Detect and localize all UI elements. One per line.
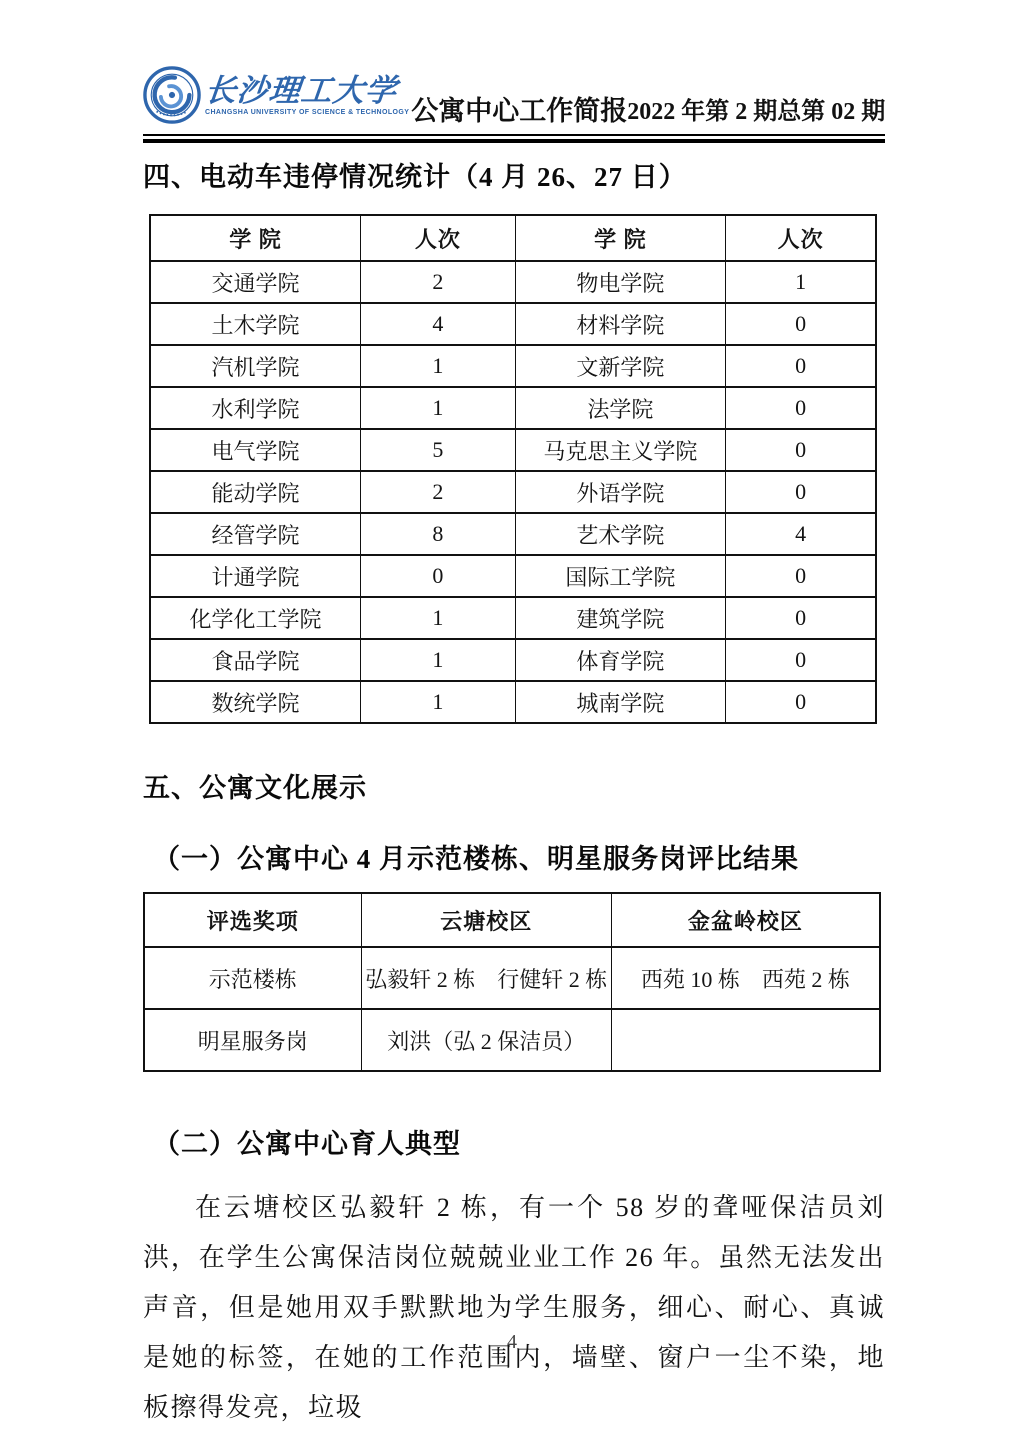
table-cell: 马克思主义学院 bbox=[515, 429, 726, 471]
column-header: 学 院 bbox=[150, 215, 361, 261]
table-row: 电气学院5马克思主义学院0 bbox=[150, 429, 876, 471]
table-cell: 水利学院 bbox=[150, 387, 361, 429]
table-row: 化学化工学院1建筑学院0 bbox=[150, 597, 876, 639]
table-cell: 1 bbox=[361, 387, 516, 429]
column-header: 金盆岭校区 bbox=[611, 893, 880, 947]
table-cell: 交通学院 bbox=[150, 261, 361, 303]
table-cell: 文新学院 bbox=[515, 345, 726, 387]
section5-sub2-title: （二）公寓中心育人典型 bbox=[153, 1122, 885, 1161]
table-cell: 0 bbox=[726, 681, 876, 723]
table-cell: 土木学院 bbox=[150, 303, 361, 345]
table-cell: 汽机学院 bbox=[150, 345, 361, 387]
table-cell: 1 bbox=[361, 681, 516, 723]
column-header: 人次 bbox=[361, 215, 516, 261]
table-cell: 食品学院 bbox=[150, 639, 361, 681]
header-rule bbox=[143, 134, 885, 143]
table-cell: 4 bbox=[361, 303, 516, 345]
table-cell: 能动学院 bbox=[150, 471, 361, 513]
bulletin-title: 公寓中心工作简报 bbox=[411, 89, 627, 128]
table-cell: 电气学院 bbox=[150, 429, 361, 471]
table-cell: 5 bbox=[361, 429, 516, 471]
table-row: 汽机学院1文新学院0 bbox=[150, 345, 876, 387]
table-cell: 0 bbox=[726, 345, 876, 387]
table-cell: 明星服务岗 bbox=[144, 1009, 361, 1071]
university-emblem-icon bbox=[143, 66, 201, 124]
table-cell: 物电学院 bbox=[515, 261, 726, 303]
table-cell: 外语学院 bbox=[515, 471, 726, 513]
issue-info: 2022 年第 2 期总第 02 期 bbox=[627, 91, 885, 126]
table-cell: 建筑学院 bbox=[515, 597, 726, 639]
table-row: 计通学院0国际工学院0 bbox=[150, 555, 876, 597]
section4-title: 四、电动车违停情况统计（4 月 26、27 日） bbox=[143, 155, 885, 194]
table-cell: 材料学院 bbox=[515, 303, 726, 345]
table-cell: 法学院 bbox=[515, 387, 726, 429]
table-cell: 经管学院 bbox=[150, 513, 361, 555]
table-cell: 数统学院 bbox=[150, 681, 361, 723]
table-row: 水利学院1法学院0 bbox=[150, 387, 876, 429]
table-cell: 1 bbox=[726, 261, 876, 303]
table-cell: 2 bbox=[361, 261, 516, 303]
body-paragraph: 在云塘校区弘毅轩 2 栋，有一个 58 岁的聋哑保洁员刘洪，在学生公寓保洁岗位兢… bbox=[143, 1183, 885, 1433]
column-header: 评选奖项 bbox=[144, 893, 361, 947]
violation-stats-table: 学 院人次学 院人次 交通学院2物电学院1土木学院4材料学院0汽机学院1文新学院… bbox=[149, 214, 877, 724]
table-cell: 0 bbox=[361, 555, 516, 597]
table-cell bbox=[611, 1009, 880, 1071]
document-page: 长沙理工大学 CHANGSHA UNIVERSITY OF SCIENCE & … bbox=[143, 0, 885, 1433]
table-cell: 0 bbox=[726, 471, 876, 513]
table-cell: 2 bbox=[361, 471, 516, 513]
table-cell: 0 bbox=[726, 387, 876, 429]
column-header: 人次 bbox=[726, 215, 876, 261]
table-cell: 艺术学院 bbox=[515, 513, 726, 555]
table-row: 交通学院2物电学院1 bbox=[150, 261, 876, 303]
university-name-block: 长沙理工大学 CHANGSHA UNIVERSITY OF SCIENCE & … bbox=[205, 75, 409, 116]
table-cell: 示范楼栋 bbox=[144, 947, 361, 1009]
table-cell: 0 bbox=[726, 303, 876, 345]
page-number: 4 bbox=[0, 1331, 1024, 1354]
table-cell: 西苑 10 栋 西苑 2 栋 bbox=[611, 947, 880, 1009]
table-cell: 0 bbox=[726, 597, 876, 639]
table-row: 食品学院1体育学院0 bbox=[150, 639, 876, 681]
table-cell: 化学化工学院 bbox=[150, 597, 361, 639]
table-cell: 0 bbox=[726, 555, 876, 597]
university-name-cn: 长沙理工大学 bbox=[203, 75, 411, 106]
table-header-row: 评选奖项云塘校区金盆岭校区 bbox=[144, 893, 880, 947]
university-name-en: CHANGSHA UNIVERSITY OF SCIENCE & TECHNOL… bbox=[205, 109, 409, 116]
award-results-table: 评选奖项云塘校区金盆岭校区 示范楼栋弘毅轩 2 栋 行健轩 2 栋西苑 10 栋… bbox=[143, 892, 881, 1072]
table-cell: 1 bbox=[361, 597, 516, 639]
masthead: 长沙理工大学 CHANGSHA UNIVERSITY OF SCIENCE & … bbox=[143, 66, 885, 132]
table-cell: 0 bbox=[726, 429, 876, 471]
table-row: 土木学院4材料学院0 bbox=[150, 303, 876, 345]
table-cell: 刘洪（弘 2 保洁员） bbox=[361, 1009, 611, 1071]
header-rule-thick bbox=[143, 139, 885, 143]
header-rule-thin bbox=[143, 134, 885, 136]
table-header-row: 学 院人次学 院人次 bbox=[150, 215, 876, 261]
table-cell: 国际工学院 bbox=[515, 555, 726, 597]
table-row: 示范楼栋弘毅轩 2 栋 行健轩 2 栋西苑 10 栋 西苑 2 栋 bbox=[144, 947, 880, 1009]
section5-title: 五、公寓文化展示 bbox=[143, 766, 885, 805]
university-logo: 长沙理工大学 CHANGSHA UNIVERSITY OF SCIENCE & … bbox=[143, 66, 409, 124]
column-header: 云塘校区 bbox=[361, 893, 611, 947]
table-row: 明星服务岗刘洪（弘 2 保洁员） bbox=[144, 1009, 880, 1071]
table-cell: 弘毅轩 2 栋 行健轩 2 栋 bbox=[361, 947, 611, 1009]
column-header: 学 院 bbox=[515, 215, 726, 261]
table-cell: 0 bbox=[726, 639, 876, 681]
table-row: 经管学院8艺术学院4 bbox=[150, 513, 876, 555]
table-cell: 城南学院 bbox=[515, 681, 726, 723]
table-cell: 1 bbox=[361, 639, 516, 681]
table-cell: 体育学院 bbox=[515, 639, 726, 681]
table-row: 能动学院2外语学院0 bbox=[150, 471, 876, 513]
section5-sub1-title: （一）公寓中心 4 月示范楼栋、明星服务岗评比结果 bbox=[153, 837, 885, 876]
table-cell: 计通学院 bbox=[150, 555, 361, 597]
table-row: 数统学院1城南学院0 bbox=[150, 681, 876, 723]
table-cell: 4 bbox=[726, 513, 876, 555]
table-cell: 8 bbox=[361, 513, 516, 555]
table-cell: 1 bbox=[361, 345, 516, 387]
